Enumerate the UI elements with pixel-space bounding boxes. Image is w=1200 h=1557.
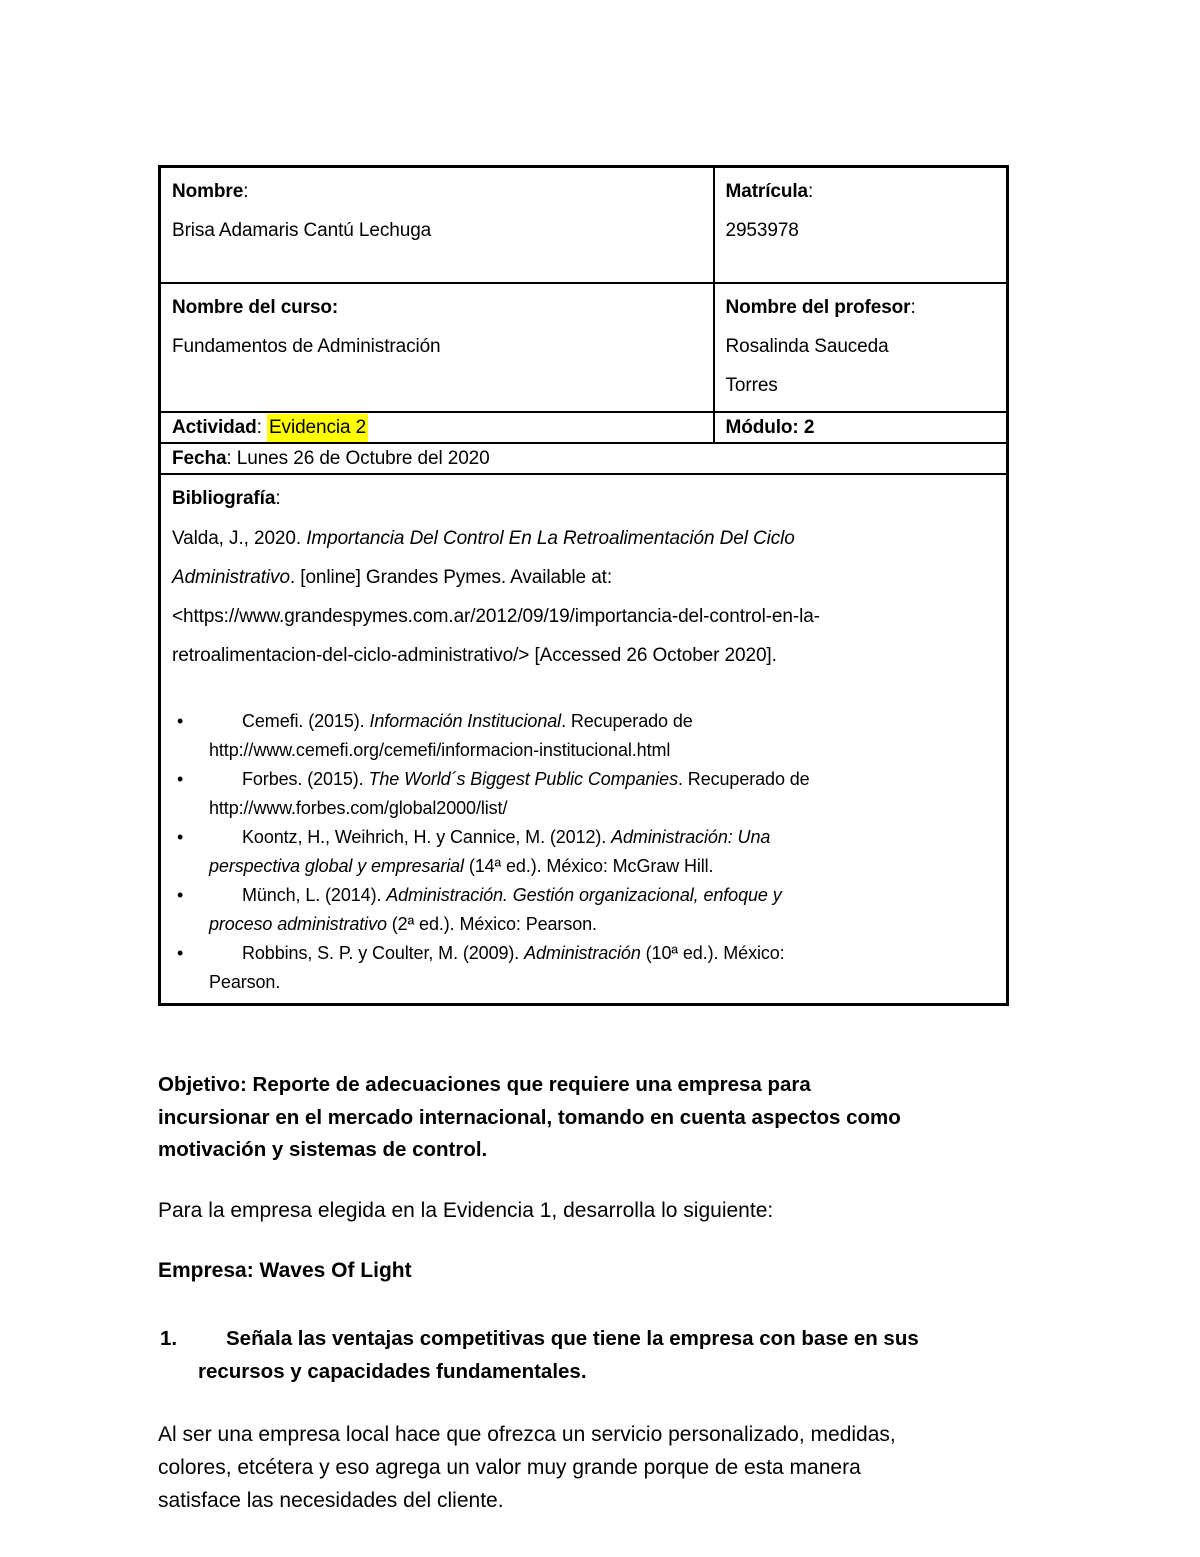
question-number: 1. [160, 1322, 177, 1355]
bibliography-item-text: Forbes. (2015). The World´s Biggest Publ… [209, 769, 810, 818]
cell-profesor: Nombre del profesor: Rosalinda SaucedaTo… [714, 283, 1008, 412]
fecha-value: : Lunes 26 de Octubre del 2020 [226, 448, 489, 469]
intro-paragraph: Para la empresa elegida en la Evidencia … [158, 1194, 1063, 1227]
profesor-label-text: Nombre del profesor [726, 297, 911, 318]
bibliography-item-cemefi: •Cemefi. (2015). Información Institucion… [172, 707, 995, 765]
matricula-label: Matrícula: [726, 172, 996, 211]
cell-curso: Nombre del curso: Fundamentos de Adminis… [160, 283, 714, 412]
cell-fecha: Fecha: Lunes 26 de Octubre del 2020 [160, 443, 1008, 474]
bibliography-item-text: Robbins, S. P. y Coulter, M. (2009). Adm… [209, 943, 785, 992]
cell-actividad: Actividad: Evidencia 2 [160, 412, 714, 443]
bullet-icon: • [177, 881, 183, 910]
table-row-curso-profesor: Nombre del curso: Fundamentos de Adminis… [160, 283, 1008, 412]
profesor-value: Rosalinda SaucedaTorres [726, 327, 996, 405]
table-row-bibliografia: Bibliografía: Valda, J., 2020. Importanc… [160, 474, 1008, 1005]
header-table: Nombre: Brisa Adamaris Cantú Lechuga Mat… [158, 165, 1009, 1006]
bibliografia-label-text: Bibliografía [172, 488, 275, 509]
bibliografia-colon: : [275, 488, 280, 509]
modulo-label-text: Módulo: 2 [726, 417, 815, 438]
bullet-icon: • [177, 939, 183, 968]
cell-modulo: Módulo: 2 [714, 412, 1008, 443]
nombre-label-text: Nombre [172, 181, 243, 202]
matricula-label-text: Matrícula [726, 181, 809, 202]
bibliography-item-text: Münch, L. (2014). Administración. Gestió… [209, 885, 782, 934]
actividad-colon: : [257, 417, 267, 438]
profesor-label: Nombre del profesor: [726, 288, 996, 327]
modulo-line: Módulo: 2 [726, 414, 996, 441]
numbered-question-1: 1.Señala las ventajas competitivas que t… [158, 1322, 1063, 1388]
actividad-line: Actividad: Evidencia 2 [172, 414, 702, 441]
bibliography-item-munch: •Münch, L. (2014). Administración. Gesti… [172, 881, 995, 939]
bibliography-item-text: Cemefi. (2015). Información Instituciona… [209, 711, 693, 760]
fecha-line: Fecha: Lunes 26 de Octubre del 2020 [172, 445, 995, 472]
document-body: Objetivo: Reporte de adecuaciones que re… [158, 1069, 1063, 1517]
bullet-icon: • [177, 765, 183, 794]
nombre-label: Nombre: [172, 172, 702, 211]
cell-matricula: Matrícula: 2953978 [714, 167, 1008, 284]
actividad-value-highlighted: Evidencia 2 [267, 414, 368, 442]
curso-value: Fundamentos de Administración [172, 327, 702, 366]
cell-bibliografia: Bibliografía: Valda, J., 2020. Importanc… [160, 474, 1008, 1005]
nombre-value: Brisa Adamaris Cantú Lechuga [172, 211, 702, 250]
matricula-colon: : [808, 181, 813, 202]
table-row-fecha: Fecha: Lunes 26 de Octubre del 2020 [160, 443, 1008, 474]
profesor-colon: : [910, 297, 915, 318]
curso-label-text: Nombre del curso: [172, 297, 338, 318]
fecha-label-text: Fecha [172, 448, 226, 469]
bibliography-item-koontz: •Koontz, H., Weihrich, H. y Cannice, M. … [172, 823, 995, 881]
cell-nombre: Nombre: Brisa Adamaris Cantú Lechuga [160, 167, 714, 284]
bibliography-item-forbes: •Forbes. (2015). The World´s Biggest Pub… [172, 765, 995, 823]
bullet-icon: • [177, 707, 183, 736]
matricula-value: 2953978 [726, 211, 996, 250]
objective-heading: Objetivo: Reporte de adecuaciones que re… [158, 1069, 1063, 1167]
company-line: Empresa: Waves Of Light [158, 1254, 1063, 1287]
table-row-nombre-matricula: Nombre: Brisa Adamaris Cantú Lechuga Mat… [160, 167, 1008, 284]
bibliografia-label: Bibliografía: [172, 479, 995, 519]
nombre-colon: : [243, 181, 248, 202]
citation-valda: Valda, J., 2020. Importancia Del Control… [172, 519, 995, 675]
bullet-icon: • [177, 823, 183, 852]
question-text: Señala las ventajas competitivas que tie… [198, 1327, 919, 1383]
table-row-actividad-modulo: Actividad: Evidencia 2 Módulo: 2 [160, 412, 1008, 443]
bibliography-list: •Cemefi. (2015). Información Institucion… [172, 707, 995, 997]
document-page: Nombre: Brisa Adamaris Cantú Lechuga Mat… [0, 0, 1200, 1557]
curso-label: Nombre del curso: [172, 288, 702, 327]
answer-paragraph: Al ser una empresa local hace que ofrezc… [158, 1418, 1063, 1517]
actividad-label-text: Actividad [172, 417, 257, 438]
bibliography-item-text: Koontz, H., Weihrich, H. y Cannice, M. (… [209, 827, 770, 876]
bibliography-item-robbins: •Robbins, S. P. y Coulter, M. (2009). Ad… [172, 939, 995, 997]
